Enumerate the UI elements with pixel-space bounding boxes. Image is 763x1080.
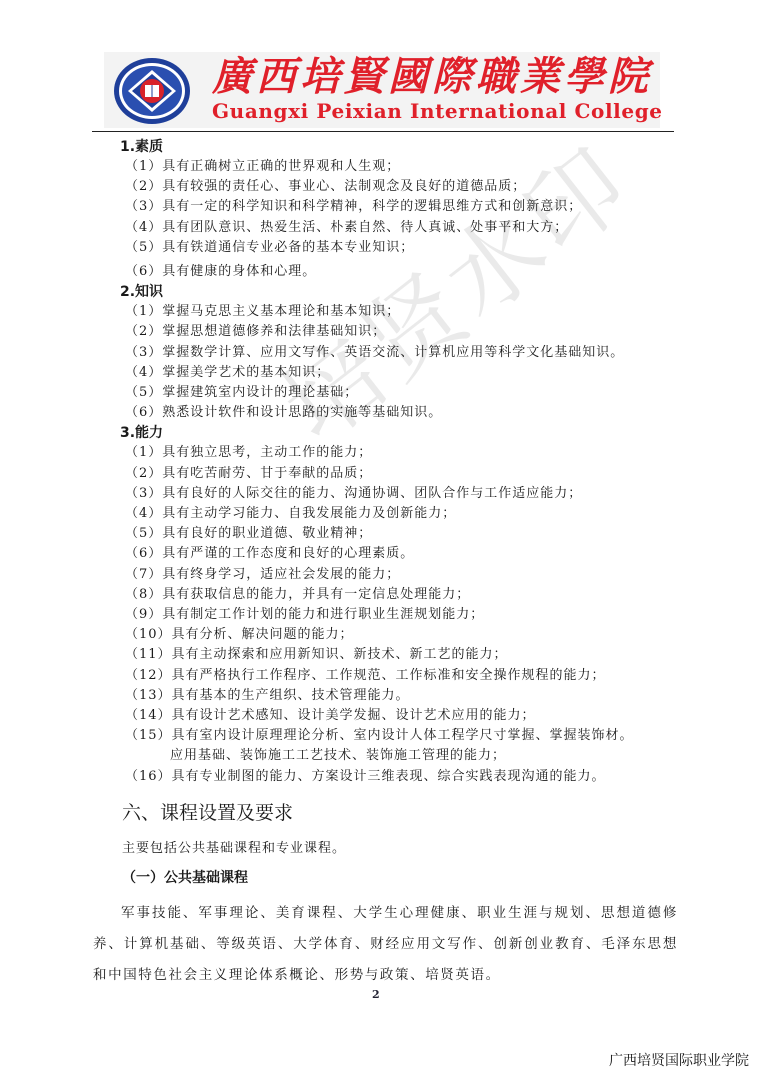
list-item: （1）掌握马克思主义基本理论和基本知识；: [125, 302, 680, 322]
list-item: （3）具有良好的人际交往的能力、沟通协调、团队合作与工作适应能力；: [125, 484, 680, 504]
course-intro: 主要包括公共基础课程和专业课程。: [122, 838, 346, 860]
public-courses-body: 军事技能、军事理论、美育课程、大学生心理健康、职业生涯与规划、思想道德修养、计算…: [93, 898, 678, 991]
college-name-en: Guangxi Peixian International College: [212, 98, 663, 124]
list-item: （4）具有团队意识、热爱生活、朴素自然、待人真诚、处事平和大方；: [125, 218, 680, 238]
header-divider: [92, 131, 674, 132]
list-item: （10）具有分析、解决问题的能力；: [125, 625, 680, 645]
list-item: （1）具有正确树立正确的世界观和人生观；: [125, 157, 680, 177]
section-heading-knowledge: 2.知识: [120, 282, 680, 302]
list-item: （5）掌握建筑室内设计的理论基础；: [125, 383, 680, 403]
list-item: （15）具有室内设计原理理论分析、室内设计人体工程学尺寸掌握、掌握装饰材。: [125, 726, 680, 746]
list-item: （3）具有一定的科学知识和科学精神，科学的逻辑思维方式和创新意识；: [125, 197, 680, 217]
list-item: （7）具有终身学习，适应社会发展的能力；: [125, 565, 680, 585]
list-item-continuation: 应用基础、装饰施工工艺技术、装饰施工管理的能力；: [170, 746, 680, 766]
list-item: （11）具有主动探索和应用新知识、新技术、新工艺的能力；: [125, 645, 680, 665]
section-heading-quality: 1.素质: [120, 137, 680, 157]
document-page: 廣西培賢國際職業學院 Guangxi Peixian International…: [0, 0, 763, 1080]
list-item: （2）具有吃苦耐劳、甘于奉献的品质；: [125, 464, 680, 484]
section-heading-ability: 3.能力: [120, 423, 680, 443]
college-name-cn: 廣西培賢國際職業學院: [212, 52, 652, 102]
list-item: （2）掌握思想道德修养和法律基础知识；: [125, 322, 680, 342]
footer-college-name: 广西培贤国际职业学院: [609, 1050, 749, 1070]
list-item: （14）具有设计艺术感知、设计美学发掘、设计艺术应用的能力；: [125, 706, 680, 726]
list-item: （4）掌握美学艺术的基本知识；: [125, 363, 680, 383]
list-item: （13）具有基本的生产组织、技术管理能力。: [125, 686, 680, 706]
list-item: （5）具有良好的职业道德、敬业精神；: [125, 524, 680, 544]
course-section-title: 六、课程设置及要求: [122, 800, 293, 826]
college-emblem-icon: [112, 56, 192, 126]
list-item: （16）具有专业制图的能力、方案设计三维表现、综合实践表现沟通的能力。: [125, 767, 680, 787]
list-item: （8）具有获取信息的能力，并具有一定信息处理能力；: [125, 585, 680, 605]
list-item: （4）具有主动学习能力、自我发展能力及创新能力；: [125, 504, 680, 524]
list-item: （2）具有较强的责任心、事业心、法制观念及良好的道德品质；: [125, 177, 680, 197]
list-item: （6）熟悉设计软件和设计思路的实施等基础知识。: [125, 403, 680, 423]
list-item: （5）具有铁道通信专业必备的基本专业知识；: [125, 238, 680, 258]
list-item: （3）掌握数学计算、应用文写作、英语交流、计算机应用等科学文化基础知识。: [125, 343, 680, 363]
list-item: （6）具有严谨的工作态度和良好的心理素质。: [125, 544, 680, 564]
objectives-content: 1.素质 （1）具有正确树立正确的世界观和人生观； （2）具有较强的责任心、事业…: [120, 137, 680, 787]
public-courses-title: （一）公共基础课程: [122, 866, 248, 890]
list-item: （12）具有严格执行工作程序、工作规范、工作标准和安全操作规程的能力；: [125, 666, 680, 686]
list-item: （9）具有制定工作计划的能力和进行职业生涯规划能力；: [125, 605, 680, 625]
list-item: （6）具有健康的身体和心理。: [125, 262, 680, 282]
list-item: （1）具有独立思考，主动工作的能力；: [125, 443, 680, 463]
page-number: 2: [372, 988, 380, 1001]
